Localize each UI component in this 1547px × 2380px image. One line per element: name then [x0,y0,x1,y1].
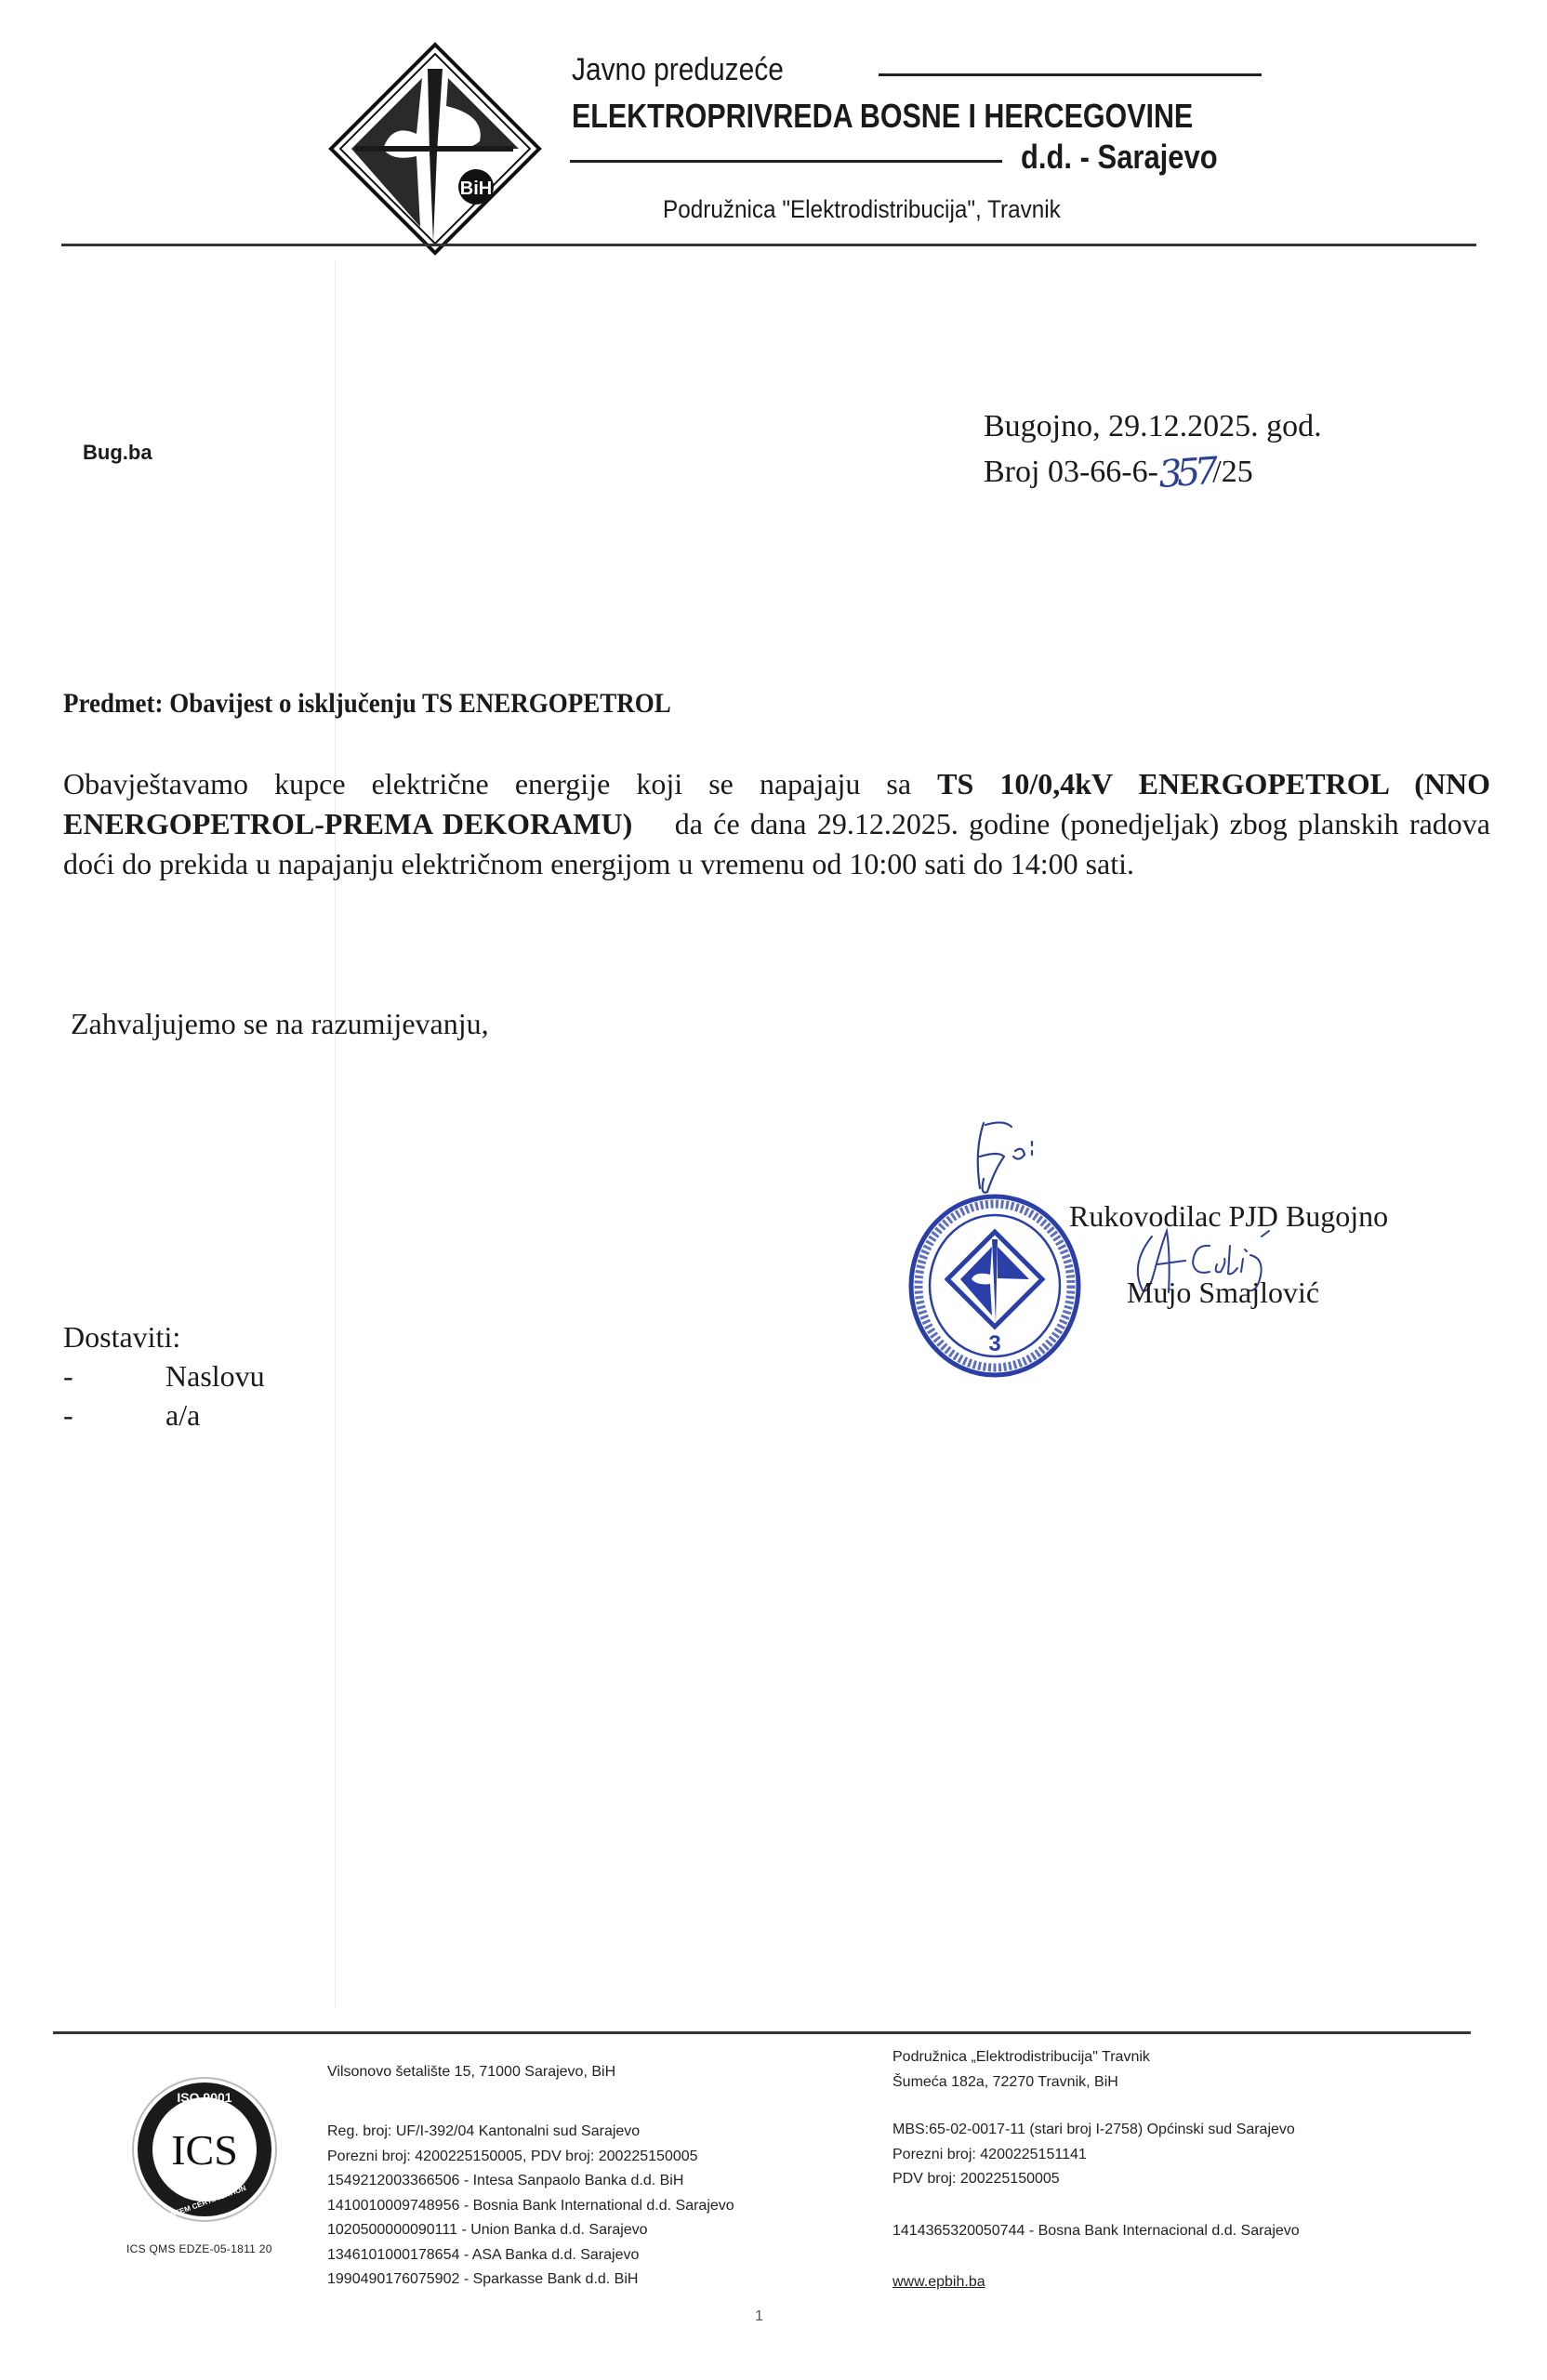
document-number-handwritten: 357 [1157,450,1214,496]
official-stamp-icon: 3 [906,1193,1083,1379]
signatory-name: Mujo Smajlović [1127,1276,1319,1310]
distribution-bullet: - [63,1359,165,1394]
initials-paraf-icon [967,1114,1041,1197]
distribution-label: Dostaviti: [63,1320,180,1355]
document-date: Bugojno, 29.12.2025. god. [984,409,1322,444]
body-text-part1: Obavještavamo kupce električne energije … [63,767,937,800]
document-number: Broj 03-66-6-357/25 [984,448,1253,491]
distribution-recipient: Naslovu [165,1359,265,1393]
page-number: 1 [755,2308,763,2325]
footer-divider [53,2031,1471,2034]
header-divider [61,244,1476,246]
footer-line: Reg. broj: UF/I-392/04 Kantonalni sud Sa… [327,2120,734,2145]
footer-branch-address: Podružnica „Elektrodistribucija" Travnik… [892,2045,1150,2095]
epbih-diamond-logo-icon: BiH [327,41,543,257]
footer-bank-account: 1410010009748956 - Bosnia Bank Internati… [327,2194,734,2219]
footer-bank-account: 1020500000090111 - Union Banka d.d. Sara… [327,2218,734,2243]
letter-subject: Predmet: Obavijest o isključenju TS ENER… [63,688,671,720]
footer-website-link[interactable]: www.epbih.ba [892,2270,985,2295]
iso-9001-certification-icon: ICS ISO 9001 SYSTEM CERTIFICATION [130,2075,279,2224]
footer-line: Šumeća 182a, 72270 Travnik, BiH [892,2070,1150,2096]
footer-hq-address: Vilsonovo šetalište 15, 71000 Sarajevo, … [327,2060,615,2085]
footer-line: Porezni broj: 4200225151141 [892,2143,1295,2168]
svg-text:BiH: BiH [460,178,492,199]
distribution-item: -Naslovu [63,1359,265,1394]
document-number-prefix: Broj 03-66-6- [984,455,1158,489]
scan-margin-line [335,260,336,2008]
footer-bank-account: 1549212003366506 - Intesa Sanpaolo Banka… [327,2169,734,2194]
distribution-item: -a/a [63,1398,200,1433]
document-number-suffix: /25 [1212,455,1252,489]
svg-text:ISO 9001: ISO 9001 [177,2090,231,2105]
distribution-recipient: a/a [165,1398,200,1432]
footer-bank-account: 1990490176075902 - Sparkasse Bank d.d. B… [327,2268,734,2293]
footer-line: PDV broj: 200225150005 [892,2167,1295,2192]
letterhead-company-name: ELEKTROPRIVREDA BOSNE I HERCEGOVINE [572,97,1193,136]
footer-branch-bank-account: 1414365320050744 - Bosna Bank Internacio… [892,2219,1300,2244]
svg-text:3: 3 [988,1331,1000,1356]
svg-text:ICS: ICS [171,2126,238,2174]
footer-line: Porezni broj: 4200225150005, PDV broj: 2… [327,2145,734,2170]
footer-branch-registration: MBS:65-02-0017-11 (stari broj I-2758) Op… [892,2118,1295,2192]
letterhead-rule [879,73,1262,76]
iso-certificate-code: ICS QMS EDZE-05-1811 20 [126,2242,272,2255]
letter-closing: Zahvaljujemo se na razumijevanju, [71,1007,489,1041]
letterhead-rule [570,160,1002,163]
letter-body: Obavještavamo kupce električne energije … [63,764,1490,884]
letterhead-company-suffix: d.d. - Sarajevo [1021,138,1218,177]
footer-line: MBS:65-02-0017-11 (stari broj I-2758) Op… [892,2118,1295,2143]
letterhead-public-enterprise: Javno preduzeće [572,52,784,88]
footer-bank-account: 1346101000178654 - ASA Banka d.d. Saraje… [327,2243,734,2268]
watermark-label: Bug.ba [83,441,152,465]
footer-line: Podružnica „Elektrodistribucija" Travnik [892,2045,1150,2070]
distribution-bullet: - [63,1398,165,1433]
letterhead-branch: Podružnica "Elektrodistribucija", Travni… [663,195,1061,224]
footer-hq-registration: Reg. broj: UF/I-392/04 Kantonalni sud Sa… [327,2120,734,2293]
